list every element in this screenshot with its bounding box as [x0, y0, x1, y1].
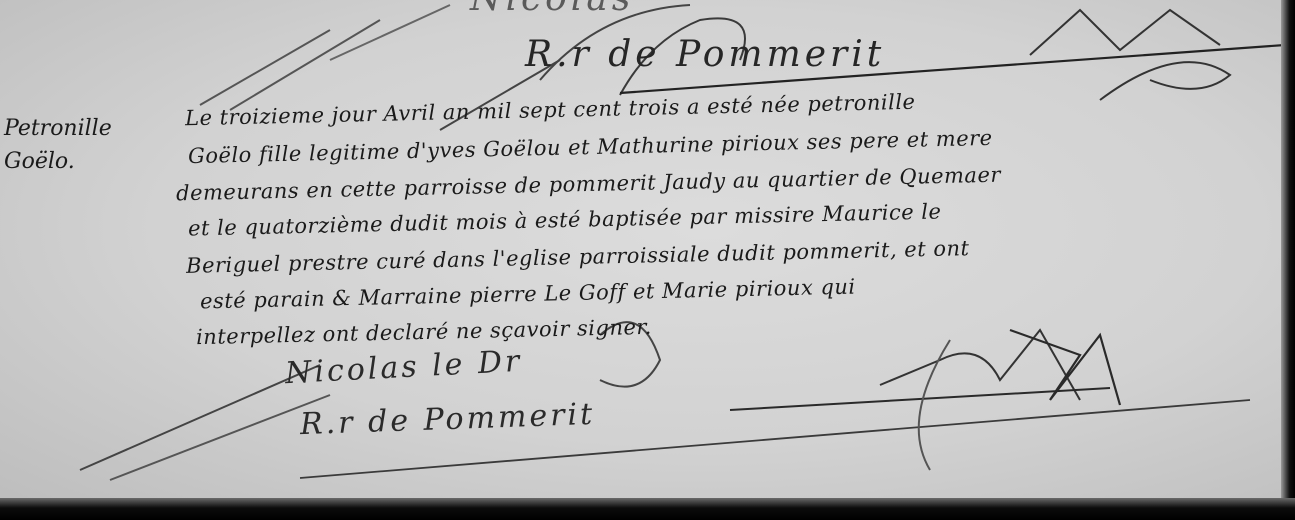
scan-bottom-edge	[0, 498, 1295, 520]
scanned-page: Nicolas R.r de Pommerit Petronille Goëlo…	[0, 0, 1285, 505]
top-signature-rector: R.r de Pommerit	[525, 34, 885, 75]
scan-right-edge	[1281, 0, 1295, 520]
top-signature-name: Nicolas	[470, 0, 634, 19]
margin-name-first: Petronille	[4, 115, 112, 143]
margin-name-surname: Goëlo.	[4, 148, 75, 176]
